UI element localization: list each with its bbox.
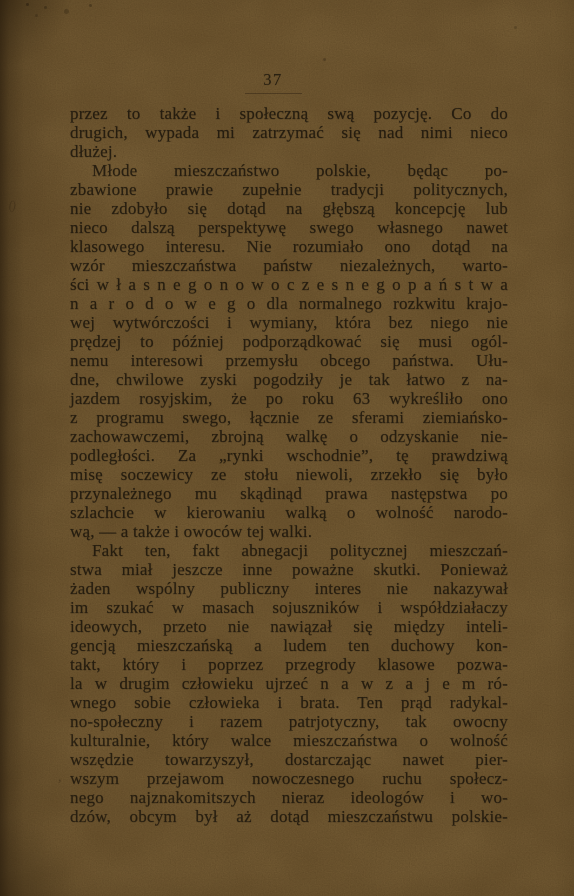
text-line: klasowego interesu. Nie rozumiało ono do… xyxy=(70,237,508,256)
page-number: 37 xyxy=(0,70,560,90)
text-line: wszym przejawom nowoczesnego ruchu społe… xyxy=(70,769,508,788)
text-line: dzów, obcym był aż dotąd mieszczaństwu p… xyxy=(70,807,508,826)
text-line: ideowych, przeto nie nawiązał się między… xyxy=(70,617,508,636)
text-line: nie zdobyło się dotąd na głębszą koncepc… xyxy=(70,199,508,218)
text-line: gencją mieszczańską a ludem ten duchowy … xyxy=(70,636,508,655)
text-line: nego najznakomitszych nieraz ideologów i… xyxy=(70,788,508,807)
text-line: nieco dalszą perspektywę swego własnego … xyxy=(70,218,508,237)
text-line: prędzej to później podporządkować się mu… xyxy=(70,332,508,351)
text-line: ści w ł a s n e g o n o w o c z e s n e … xyxy=(70,275,508,294)
text-line: Młode mieszczaństwo polskie, będąc po- xyxy=(70,161,508,180)
text-line: la w drugim człowieku ujrzeć n a w z a j… xyxy=(70,674,508,693)
text-line: jazdem rosyjskim, że po roku 63 wykreśli… xyxy=(70,389,508,408)
dust-speckles xyxy=(26,3,29,6)
text-line: im szukać w masach sojuszników i współdz… xyxy=(70,598,508,617)
text-line: zachowawczemi, zbrojną walkę o odzyskani… xyxy=(70,427,508,446)
text-line: nemu interesowi przemysłu obcego państwa… xyxy=(70,351,508,370)
text-line: przez to także i społeczną swą pozycję. … xyxy=(70,104,508,123)
text-line: wej wytwórczości i wymiany, która bez ni… xyxy=(70,313,508,332)
text-line: stwa miał jeszcze inne poważne skutki. P… xyxy=(70,560,508,579)
text-line: drugich, wypada mi zatrzymać się nad nim… xyxy=(70,123,508,142)
text-line: dne, chwilowe zyski pogodziły je tak łat… xyxy=(70,370,508,389)
text-line: no-społeczny i razem patrjotyczny, tak o… xyxy=(70,712,508,731)
margin-smudge-mark: () xyxy=(8,198,16,212)
text-line: misę soczewicy ze stołu niewoli, zrzekło… xyxy=(70,465,508,484)
scanned-book-page: 37 przez to także i społeczną swą pozycj… xyxy=(0,0,574,896)
text-line: szlachcie w kierowaniu walką o wolność n… xyxy=(70,503,508,522)
text-line: podległości. Za „rynki wschodnie”, tę pr… xyxy=(70,446,508,465)
text-line: wzór mieszczaństwa państw niezależnych, … xyxy=(70,256,508,275)
text-line: wnego sobie człowieka i brata. Ten prąd … xyxy=(70,693,508,712)
text-line: dłużej. xyxy=(70,142,508,161)
text-line: takt, który i poprzez przegrody klasowe … xyxy=(70,655,508,674)
text-line: Fakt ten, fakt abnegacji politycznej mie… xyxy=(70,541,508,560)
text-line: n a r o d o w e g o dla normalnego rozkw… xyxy=(70,294,508,313)
margin-comma-mark: , xyxy=(58,772,62,784)
text-line: wszędzie towarzyszył, dostarczając nawet… xyxy=(70,750,508,769)
text-line: kulturalnie, który walce mieszczaństwa o… xyxy=(70,731,508,750)
text-line: żaden wspólny publiczny interes nie naka… xyxy=(70,579,508,598)
page-header: 37 xyxy=(0,70,560,94)
page-number-rule xyxy=(245,93,302,94)
text-line: wą, — a także i owoców tej walki. xyxy=(70,522,508,541)
text-line: przynależnego mu skądinąd prawa następst… xyxy=(70,484,508,503)
page-text-block: przez to także i społeczną swą pozycję. … xyxy=(70,104,508,826)
text-line: z programu swego, łącznie ze sferami zie… xyxy=(70,408,508,427)
text-line: zbawione prawie zupełnie tradycji polity… xyxy=(70,180,508,199)
